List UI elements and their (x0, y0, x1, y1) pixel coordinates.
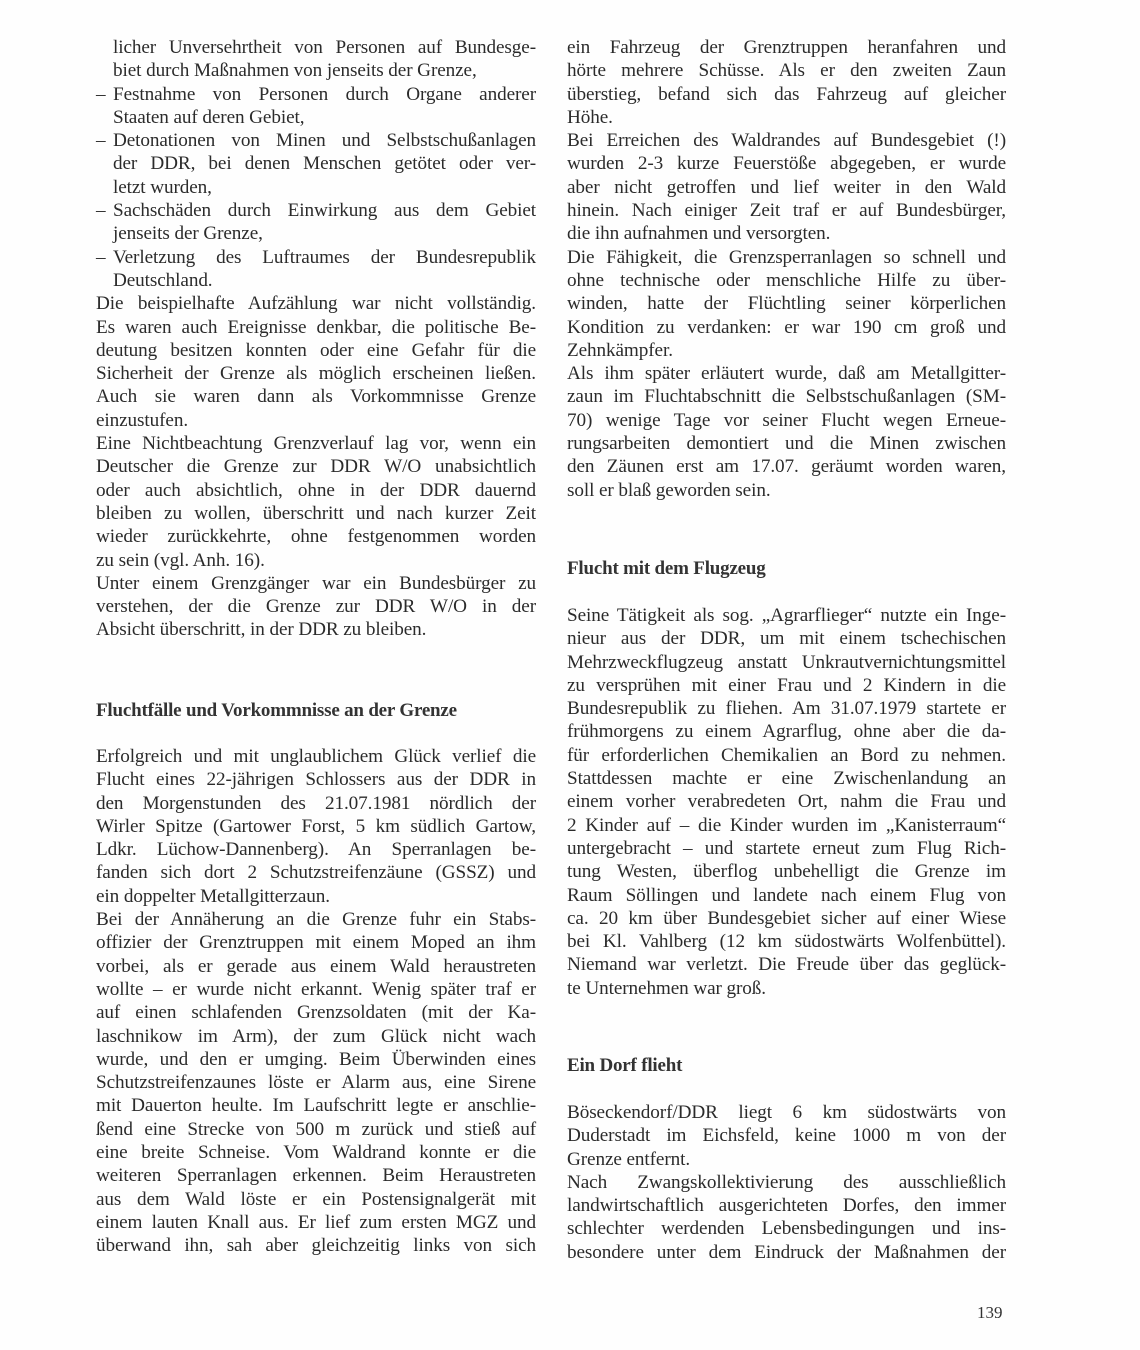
text-line: Nach Zwangskollektivierung des ausschlie… (567, 1171, 1006, 1194)
section-heading-fluchtfaelle: Fluchtfälle und Vorkommnisse an der Gren… (96, 700, 457, 722)
text-line: bei Kl. Vahlberg (12 km südostwärts Wolf… (567, 930, 1006, 953)
text-line: aber nicht getroffen und lief weiter in … (567, 176, 1006, 199)
text-line: 70) wenige Tage vor seiner Flucht wegen … (567, 409, 1006, 432)
text-line: Als ihm später erläutert wurde, daß am M… (567, 362, 1006, 385)
list-item-line: Verletzung des Luftraumes der Bundesrepu… (96, 246, 536, 269)
text-line: Schutzstreifenzaunes löste er Alarm aus,… (96, 1071, 536, 1094)
text-line: überwand ihn, sah aber gleichzeitig link… (96, 1234, 536, 1257)
page-number: 139 (977, 1303, 1003, 1323)
text-line: soll er blaß geworden sein. (567, 479, 1006, 502)
text-line: einzustufen. (96, 409, 536, 432)
text-line: wollte – er wurde nicht erkannt. Wenig s… (96, 978, 536, 1001)
text-line: licher Unversehrtheit von Personen auf B… (96, 36, 536, 59)
text-line: wurden 2-3 kurze Feuerstöße abgegeben, e… (567, 152, 1006, 175)
section-heading-dorf: Ein Dorf flieht (567, 1055, 682, 1077)
text-line: jenseits der Grenze, (96, 222, 536, 245)
text-line: 2 Kinder auf – die Kinder wurden im „Kan… (567, 814, 1006, 837)
text-line: Duderstadt im Eichsfeld, keine 1000 m vo… (567, 1124, 1006, 1147)
left-column-block-1: licher Unversehrtheit von Personen auf B… (96, 36, 536, 642)
text-line: den Morgenstunden des 21.07.1981 nördlic… (96, 792, 536, 815)
text-line: Auch sie waren dann als Vorkommnisse Gre… (96, 385, 536, 408)
text-line: hörte mehrere Schüsse. Als er den zweite… (567, 59, 1006, 82)
text-line: fanden sich dort 2 Schutzstreifenzäune (… (96, 861, 536, 884)
text-line: ohne technische oder menschliche Hilfe z… (567, 269, 1006, 292)
text-line: weiteren Sperranlagen erkennen. Beim Her… (96, 1164, 536, 1187)
text-line: laschnikow im Arm), der zum Glück nicht … (96, 1025, 536, 1048)
list-item-line: Festnahme von Personen durch Organe ande… (96, 83, 536, 106)
list-item-line: Sachschäden durch Einwirkung aus dem Geb… (96, 199, 536, 222)
text-line: Deutscher die Grenze zur DDR W/O unabsic… (96, 455, 536, 478)
text-line: einem vorher verabredeten Ort, nahm die … (567, 790, 1006, 813)
text-line: Raum Söllingen und landete nach einem Fl… (567, 884, 1006, 907)
text-line: verstehen, der die Grenze zur DDR W/O in… (96, 595, 536, 618)
text-line: aus dem Wald löste er ein Postensignalge… (96, 1188, 536, 1211)
right-column-block-1: ein Fahrzeug der Grenztruppen heranfahre… (567, 36, 1006, 502)
text-line: Die beispielhafte Aufzählung war nicht v… (96, 292, 536, 315)
text-line: Unter einem Grenzgänger war ein Bundesbü… (96, 572, 536, 595)
text-line: Niemand war verletzt. Die Freude über da… (567, 953, 1006, 976)
text-line: Absicht überschritt, in der DDR zu bleib… (96, 618, 536, 641)
text-line: Höhe. (567, 106, 1006, 129)
left-column-block-2: Erfolgreich und mit unglaublichem Glück … (96, 745, 536, 1258)
text-line: letzt wurden, (96, 176, 536, 199)
section-heading-flugzeug: Flucht mit dem Flugzeug (567, 558, 766, 580)
text-line: ein doppelter Metallgitterzaun. (96, 885, 536, 908)
text-line: tung Westen, überflog unbehelligt die Gr… (567, 860, 1006, 883)
text-line: einem lauten Knall aus. Er lief zum erst… (96, 1211, 536, 1234)
text-line: Flucht eines 22-jährigen Schlossers aus … (96, 768, 536, 791)
text-line: wurde, und den er umging. Beim Überwinde… (96, 1048, 536, 1071)
text-line: rungsarbeiten demontiert und die Minen z… (567, 432, 1006, 455)
text-line: Erfolgreich und mit unglaublichem Glück … (96, 745, 536, 768)
text-line: Böseckendorf/DDR liegt 6 km südostwärts … (567, 1101, 1006, 1124)
text-line: zaun im Fluchtabschnitt die Selbstschußa… (567, 385, 1006, 408)
list-item-line: Detonationen von Minen und Selbstschußan… (96, 129, 536, 152)
text-line: Es waren auch Ereignisse denkbar, die po… (96, 316, 536, 339)
text-line: Die Fähigkeit, die Grenzsperranlagen so … (567, 246, 1006, 269)
text-line: nieur aus der DDR, um mit einem tschechi… (567, 627, 1006, 650)
text-line: Kondition zu verdanken: er war 190 cm gr… (567, 316, 1006, 339)
document-page: licher Unversehrtheit von Personen auf B… (0, 0, 1140, 1350)
text-line: biet durch Maßnahmen von jenseits der Gr… (96, 59, 536, 82)
text-line: Bei der Annäherung an die Grenze fuhr ei… (96, 908, 536, 931)
text-line: Deutschland. (96, 269, 536, 292)
text-line: frühmorgens zu einem Agrarflug, ohne abe… (567, 720, 1006, 743)
text-line: Ldkr. Lüchow-Dannenberg). An Sperranlage… (96, 838, 536, 861)
text-line: zu versprühen mit einer Frau und 2 Kinde… (567, 674, 1006, 697)
text-line: die ihn aufnahmen und versorgten. (567, 222, 1006, 245)
text-line: Stattdessen machte er eine Zwischenlandu… (567, 767, 1006, 790)
text-line: schlechter werdenden Lebensbedingungen u… (567, 1217, 1006, 1240)
text-line: offizier der Grenztruppen mit einem Mope… (96, 931, 536, 954)
text-line: oder auch absichtlich, ohne in der DDR d… (96, 479, 536, 502)
text-line: zu sein (vgl. Anh. 16). (96, 549, 536, 572)
text-line: untergebracht – und startete erneut zum … (567, 837, 1006, 860)
text-line: eine breite Schneise. Vom Waldrand konnt… (96, 1141, 536, 1164)
text-line: Zehnkämpfer. (567, 339, 1006, 362)
text-line: Grenze entfernt. (567, 1148, 1006, 1171)
text-line: winden, hatte der Flüchtling seiner körp… (567, 292, 1006, 315)
text-line: ca. 20 km über Bundesgebiet sicher auf e… (567, 907, 1006, 930)
text-line: landwirtschaftlich ausgerichteten Dorfes… (567, 1194, 1006, 1217)
text-line: wieder zurückkehrte, ohne festgenommen w… (96, 525, 536, 548)
text-line: mit Dauerton heulte. Im Laufschritt legt… (96, 1094, 536, 1117)
text-line: auf einen schlafenden Grenzsoldaten (mit… (96, 1001, 536, 1024)
text-line: Bei Erreichen des Waldrandes auf Bundesg… (567, 129, 1006, 152)
text-line: vorbei, als er gerade aus einem Wald her… (96, 955, 536, 978)
text-line: hinein. Nach einiger Zeit traf er auf Bu… (567, 199, 1006, 222)
text-line: deutung besitzen konnten oder eine Gefah… (96, 339, 536, 362)
text-line: der DDR, bei denen Menschen getötet oder… (96, 152, 536, 175)
text-line: für erforderlichen Chemikalien an Bord z… (567, 744, 1006, 767)
text-line: besondere unter dem Eindruck der Maßnahm… (567, 1241, 1006, 1264)
text-line: Staaten auf deren Gebiet, (96, 106, 536, 129)
text-line: Wirler Spitze (Gartower Forst, 5 km südl… (96, 815, 536, 838)
text-line: Bundesrepublik zu fliehen. Am 31.07.1979… (567, 697, 1006, 720)
text-line: Sicherheit der Grenze als möglich ersche… (96, 362, 536, 385)
text-line: te Unternehmen war groß. (567, 977, 1006, 1000)
right-column-block-2: Seine Tätigkeit als sog. „Agrarflieger“ … (567, 604, 1006, 1000)
text-line: überstieg, befand sich das Fahrzeug auf … (567, 83, 1006, 106)
text-line: Seine Tätigkeit als sog. „Agrarflieger“ … (567, 604, 1006, 627)
text-line: ßend eine Strecke von 500 m zurück und s… (96, 1118, 536, 1141)
text-line: Mehrzweckflugzeug anstatt Unkrautvernich… (567, 651, 1006, 674)
text-line: bleiben zu wollen, überschritt und nach … (96, 502, 536, 525)
text-line: den Zäunen erst am 17.07. geräumt worden… (567, 455, 1006, 478)
right-column-block-3: Böseckendorf/DDR liegt 6 km südostwärts … (567, 1101, 1006, 1264)
text-line: ein Fahrzeug der Grenztruppen heranfahre… (567, 36, 1006, 59)
text-line: Eine Nichtbeachtung Grenzverlauf lag vor… (96, 432, 536, 455)
